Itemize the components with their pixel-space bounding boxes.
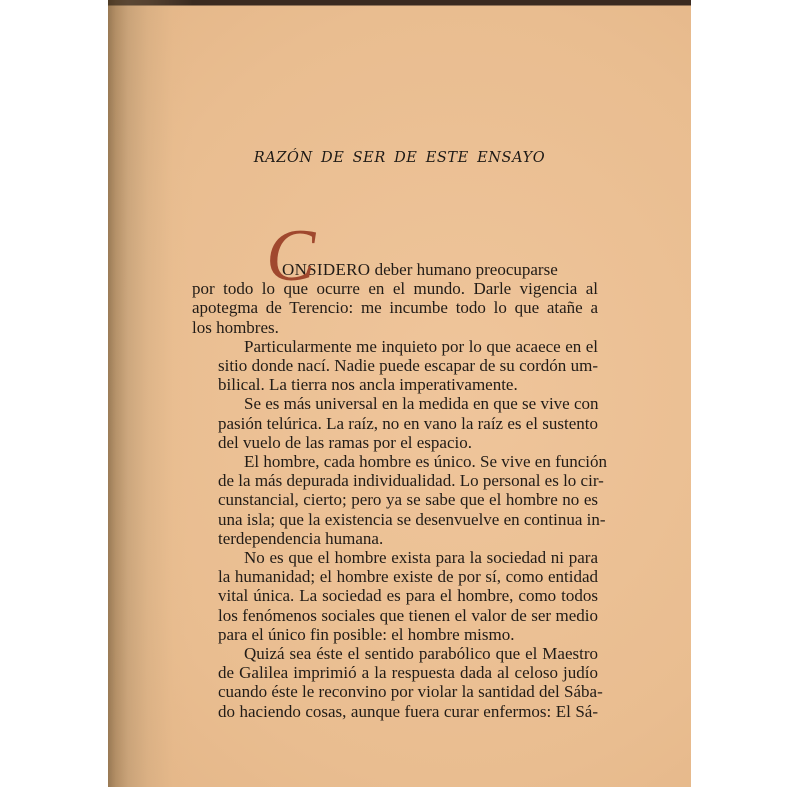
text-line: deber humano preocuparse: [370, 260, 557, 279]
text-line: del vuelo de las ramas por el espacio.: [192, 433, 598, 452]
text-line: de Galilea imprimió a la respuesta dada …: [192, 663, 598, 682]
dropcap-line: C ONSIDERO deber humano preocuparse: [192, 260, 598, 279]
book-page: RAZÓN DE SER DE ESTE ENSAYO C ONSIDERO d…: [108, 0, 691, 787]
text-line: de la más depurada individualidad. Lo pe…: [192, 471, 598, 490]
text-line: cunstancial, cierto; pero ya se sabe que…: [192, 490, 598, 509]
text-line: do haciendo cosas, aunque fuera curar en…: [192, 702, 598, 721]
body-text: C ONSIDERO deber humano preocuparse por …: [192, 260, 598, 721]
text-line: una isla; que la existencia se desenvuel…: [192, 510, 598, 529]
text-line: cuando éste le reconvino por violar la s…: [192, 682, 598, 701]
text-line: No es que el hombre exista para la socie…: [192, 548, 598, 567]
text-line: los fenómenos sociales que tienen el val…: [192, 606, 598, 625]
text-line: por todo lo que ocurre en el mundo. Darl…: [192, 279, 598, 298]
paragraph-6: Quizá sea éste el sentido parabólico que…: [192, 644, 598, 721]
text-line: apotegma de Terencio: me incumbe todo lo…: [192, 298, 598, 317]
text-line: sitio donde nací. Nadie puede escapar de…: [192, 356, 598, 375]
text-line: pasión telúrica. La raíz, no en vano la …: [192, 414, 598, 433]
paragraph-3: Se es más universal en la medida en que …: [192, 394, 598, 452]
paragraph-2: Particularmente me inquieto por lo que a…: [192, 337, 598, 395]
text-line: la humanidad; el hombre existe de por sí…: [192, 567, 598, 586]
text-line: Se es más universal en la medida en que …: [192, 394, 598, 413]
text-line: Quizá sea éste el sentido parabólico que…: [192, 644, 598, 663]
drop-cap: C: [266, 219, 315, 293]
paragraph-1: C ONSIDERO deber humano preocuparse por …: [192, 260, 598, 337]
text-line: para el único fin posible: el hombre mis…: [192, 625, 598, 644]
text-line: vital única. La sociedad es para el homb…: [192, 586, 598, 605]
paragraph-5: No es que el hombre exista para la socie…: [192, 548, 598, 644]
text-line: los hombres.: [192, 318, 598, 337]
paragraph-4: El hombre, cada hombre es único. Se vive…: [192, 452, 598, 548]
text-line: Particularmente me inquieto por lo que a…: [192, 337, 598, 356]
text-line: bilical. La tierra nos ancla imperativam…: [192, 375, 598, 394]
text-line: terdependencia humana.: [192, 529, 598, 548]
text-line: El hombre, cada hombre es único. Se vive…: [192, 452, 598, 471]
chapter-heading: RAZÓN DE SER DE ESTE ENSAYO: [108, 150, 691, 166]
